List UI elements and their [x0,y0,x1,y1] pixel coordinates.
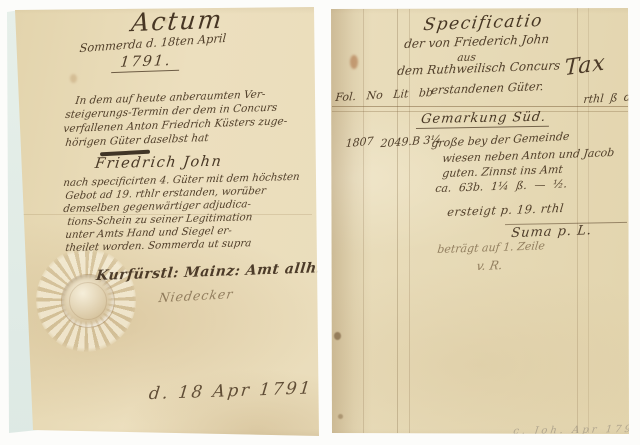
entry-price-line: ersteigt p. 19. rthl [447,201,565,219]
paper-stain [338,414,343,419]
subtitle-line: dem Ruthweilisch Concurs [397,58,561,78]
suma-line: Suma p. L. [510,223,592,241]
clerk-initials: v. R. [476,258,504,273]
bottom-date: d. 18 Apr 1791 [148,378,314,404]
paper-stain [334,332,341,340]
section-heading: Gemarkung Süd. [416,110,551,129]
body-line: hörigen Güter daselbst hat [65,132,209,149]
subtitle-line: erstandenen Güter. [431,79,545,97]
tax-column-label: Tax [564,50,606,81]
paper-stain [70,74,77,83]
fold-line [363,9,364,433]
buyer-name-line: Friedrich John [94,154,223,172]
signature: Niedecker [158,286,235,305]
paper-stain [350,55,358,69]
column-headers-right: rthl ß d [583,91,632,107]
document-heading: Specificatio [422,11,544,35]
entry-line: ca. 63b. 1¼ ß. — ½. [435,177,568,195]
year-line: 1791. [111,53,180,73]
seal-inner-ring [69,282,107,320]
embossed-seal-icon [36,248,136,352]
pencil-note: c. Joh. Apr 1791 [513,424,640,437]
entry-fol-number: 1807 [345,135,374,151]
column-headers-left: Fol. No Lit bb [335,86,434,104]
entry-line: große bey der Gemeinde [431,130,570,150]
note-line: beträgt auf 1. Zeile [437,239,546,256]
photo-of-two-manuscript-pages: Actum Sommerda d. 18ten April 1791. In d… [0,0,640,445]
